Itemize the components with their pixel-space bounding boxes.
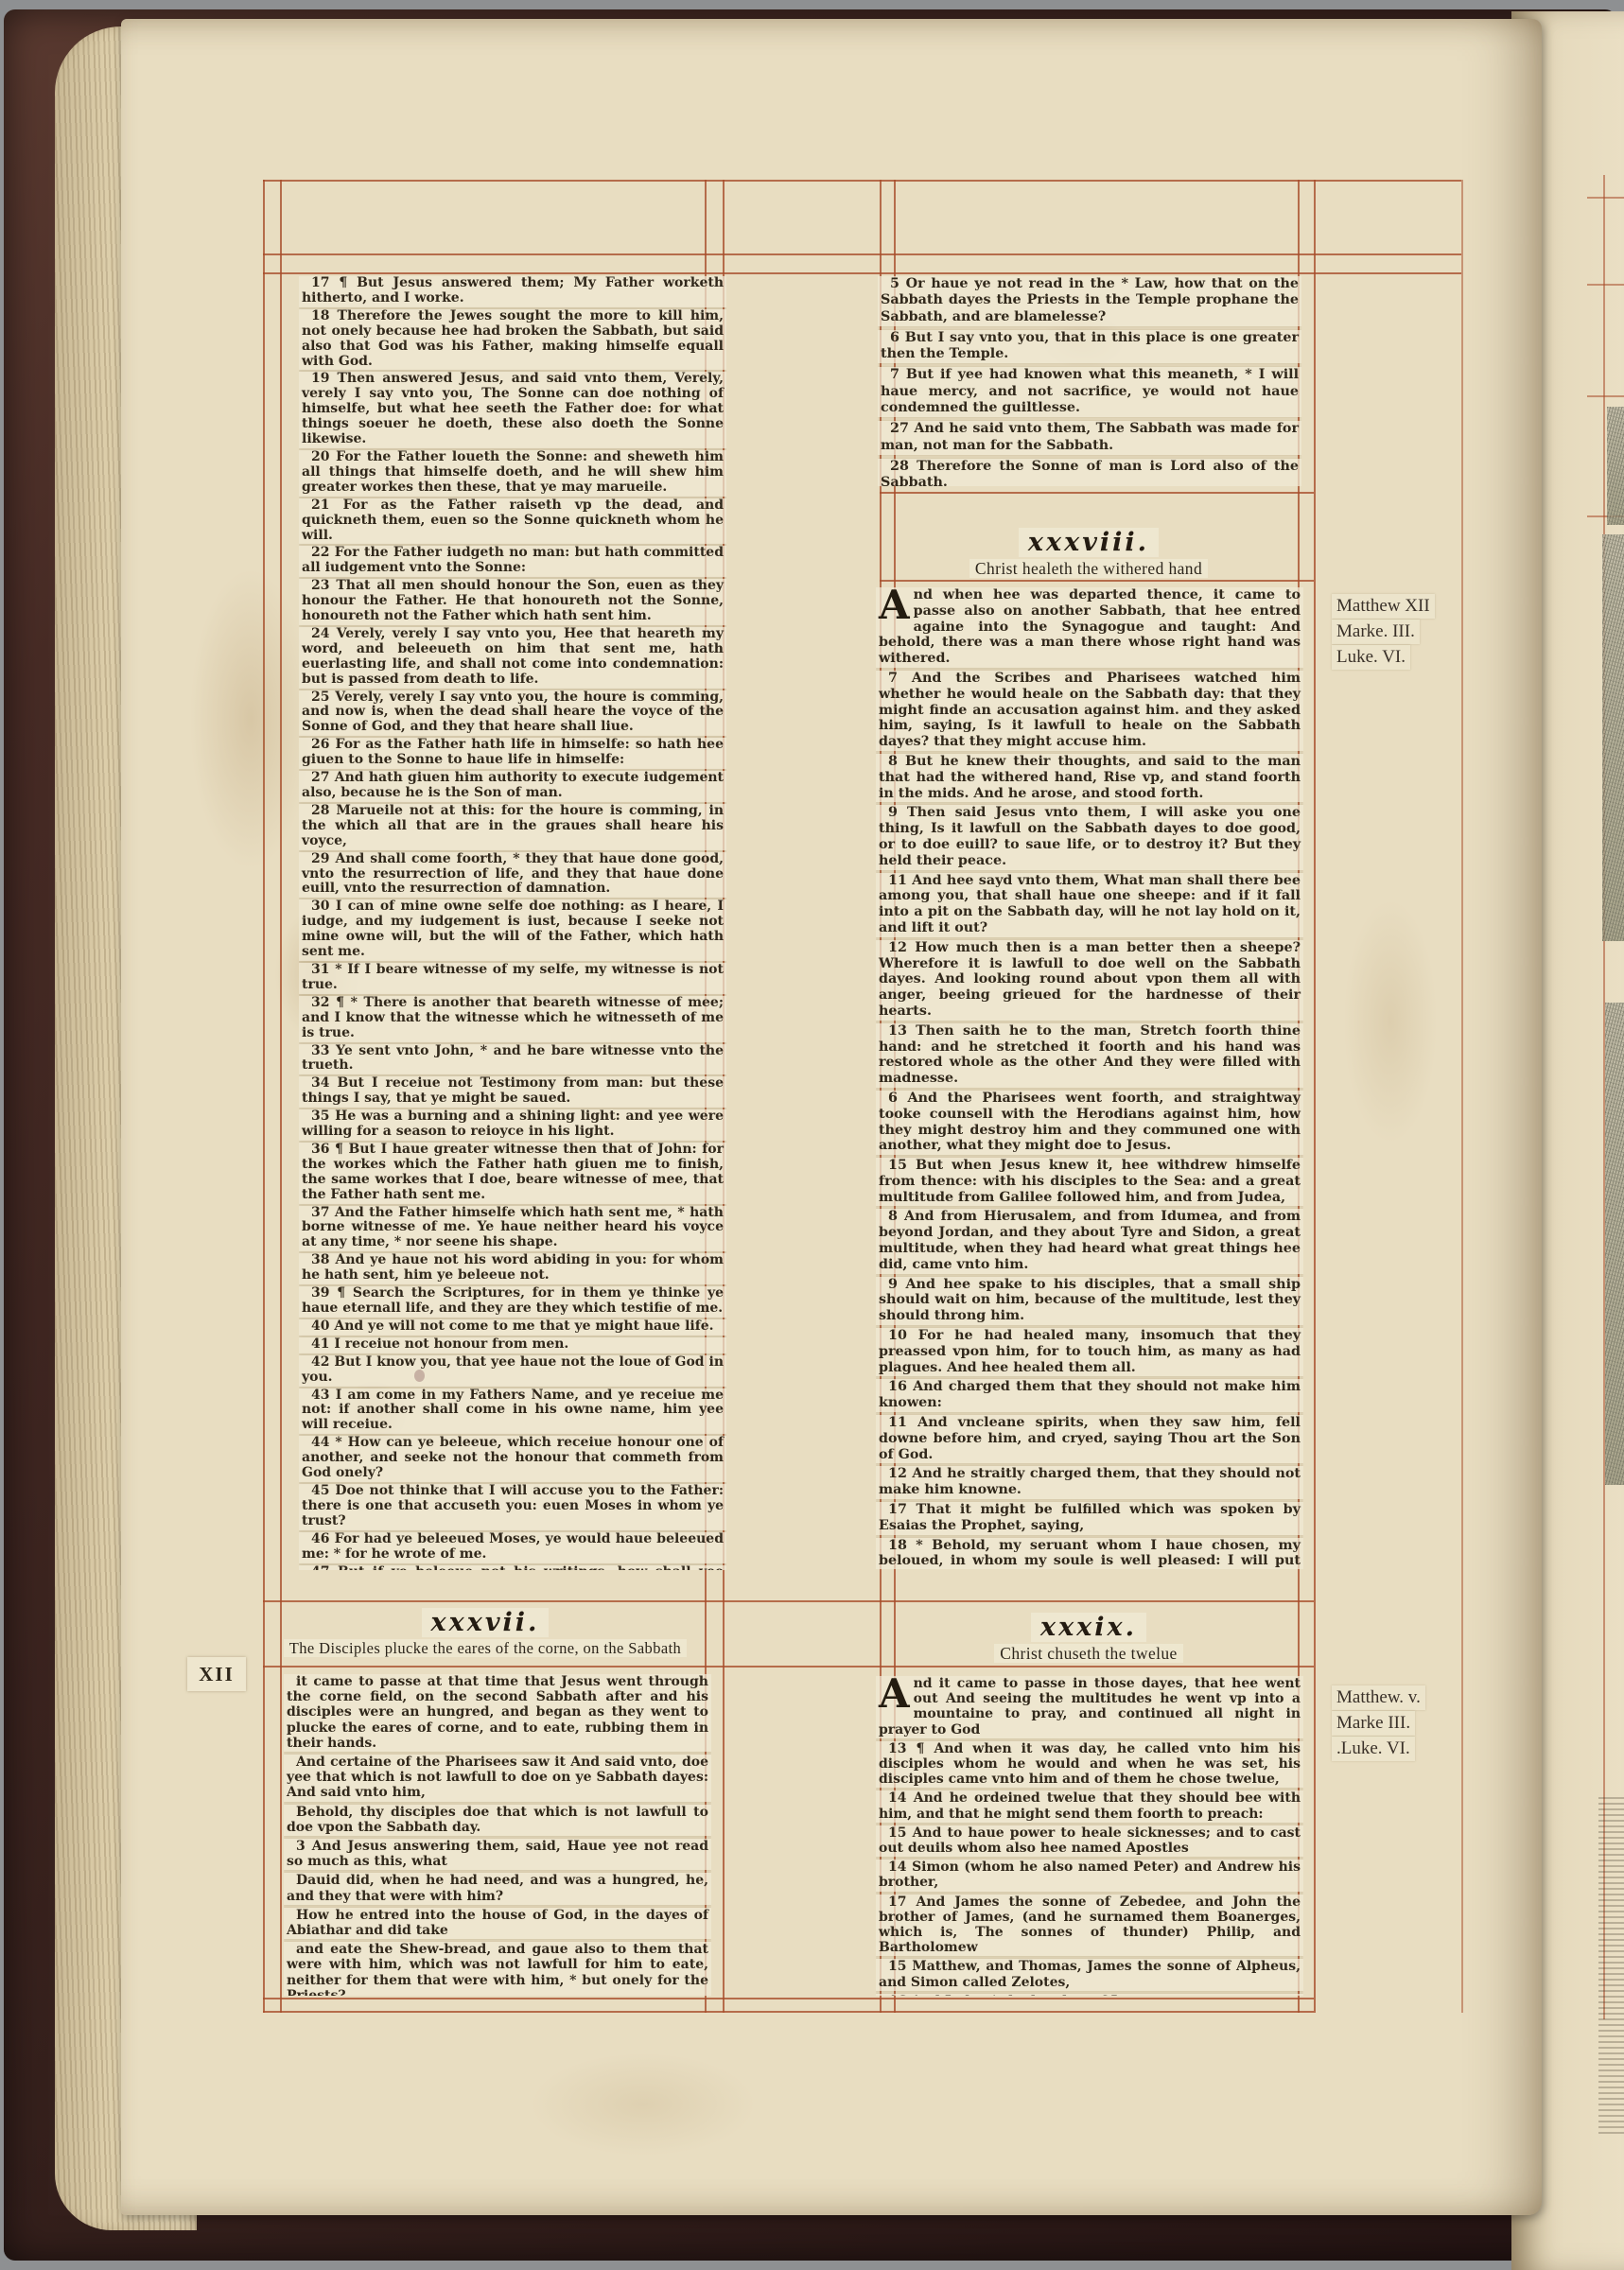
verse-line: 34 But I receiue not Testimony from man:… [299, 1076, 726, 1108]
ruled-line [263, 253, 1461, 255]
verse-line: 27 And he said vnto them, The Sabbath wa… [878, 421, 1301, 455]
verse-line: 16 And Judas * the brother of James [876, 1994, 1303, 1996]
verse-line: 9 Then said Jesus vnto them, I will aske… [876, 805, 1303, 869]
verse-line: 32 ¶ * There is another that beareth wit… [299, 996, 726, 1042]
verse-line: 11 And hee sayd vnto them, What man shal… [876, 873, 1303, 937]
section-39-body: And it came to passe in those dayes, tha… [876, 1676, 1303, 1996]
verse-line: 28 Marueile not at this: for the houre i… [299, 804, 726, 850]
verse-line: 42 But I know you, that yee haue not the… [299, 1355, 726, 1387]
verse-line: Behold, thy disciples doe that which is … [284, 1805, 711, 1836]
drop-cap: A [879, 1676, 914, 1710]
verse-line: 5 Or haue ye not read in the * Law, how … [878, 276, 1301, 326]
verse-line: 18 * Behold, my seruant whom I haue chos… [876, 1538, 1303, 1569]
margin-chapter-tab: XII [187, 1657, 246, 1691]
ruled-line [880, 580, 1314, 582]
ruled-line [1314, 180, 1316, 2013]
verse-line: 26 For as the Father hath life in himsel… [299, 738, 726, 769]
verse-line: 11 And vncleane spirits, when they saw h… [876, 1415, 1303, 1463]
verse-line: And it came to passe in those dayes, tha… [876, 1676, 1303, 1738]
verse-line: 46 For had ye beleeued Moses, ye would h… [299, 1532, 726, 1563]
verse-line: 47 But if ye beleeue not his writings, h… [299, 1565, 726, 1571]
verse-line: 38 And ye haue not his word abiding in y… [299, 1253, 726, 1284]
drop-cap: A [879, 587, 914, 621]
section-38-verses: 7 And the Scribes and Pharisees watched … [876, 671, 1303, 1569]
verse-line: 27 And hath giuen him authority to execu… [299, 771, 726, 802]
ruled-line [263, 180, 1461, 182]
verse-line: 19 Then answered Jesus, and said vnto th… [299, 372, 726, 448]
section-39-verses: 13 ¶ And when it was day, he called vnto… [876, 1741, 1303, 1996]
engraving-fragment [1607, 407, 1624, 525]
ruled-line [1587, 197, 1624, 199]
verse-line: 7 But if yee had knowen what this meanet… [878, 367, 1301, 417]
verse-line: 12 How much then is a man better then a … [876, 940, 1303, 1021]
verse-line: 6 But I say vnto you, that in this place… [878, 330, 1301, 364]
verse-line: 8 But he knew their thoughts, and said t… [876, 754, 1303, 802]
margin-reference-line: Marke. III. [1332, 620, 1420, 644]
verse-line: And when hee was departed thence, it cam… [876, 587, 1303, 668]
verse-line: it came to passe at that time that Jesus… [284, 1674, 711, 1752]
verse-line: 24 Verely, verely I say vnto you, Hee th… [299, 627, 726, 689]
margin-reference-upper: Matthew XIIMarke. III.Luke. VI. [1332, 594, 1459, 671]
section-title-38: Christ healeth the withered hand [880, 559, 1298, 579]
ruled-line [1587, 395, 1624, 397]
verse-line: 13 Then saith he to the man, Stretch foo… [876, 1023, 1303, 1088]
ruled-line [263, 272, 1461, 274]
ruled-line [263, 180, 265, 2013]
margin-reference-line: Matthew. v. [1332, 1685, 1425, 1710]
verse-line: 37 And the Father himselfe which hath se… [299, 1206, 726, 1252]
verse-line: 30 I can of mine owne selfe doe nothing:… [299, 899, 726, 961]
section-38-body: And when hee was departed thence, it cam… [876, 587, 1303, 1569]
verse-line: 7 And the Scribes and Pharisees watched … [876, 671, 1303, 751]
verse-line: 45 Doe not thinke that I will accuse you… [299, 1484, 726, 1530]
margin-reference-line: Matthew XII [1332, 594, 1435, 619]
verse-line: 6 And the Pharisees went foorth, and str… [876, 1091, 1303, 1155]
verse-line: 14 Simon (whom he also named Peter) and … [876, 1860, 1303, 1891]
verse-line: 21 For as the Father raiseth vp the dead… [299, 498, 726, 545]
section-title-37: The Disciples plucke the eares of the co… [267, 1639, 704, 1658]
verse-line: 18 Therefore the Jewes sought the more t… [299, 309, 726, 371]
verse-line: 31 * If I beare witnesse of my selfe, my… [299, 963, 726, 994]
margin-reference-line: Marke III. [1332, 1711, 1415, 1736]
verse-line: 10 For he had healed many, insomuch that… [876, 1328, 1303, 1376]
verse-line: 12 And he straitly charged them, that th… [876, 1466, 1303, 1499]
margin-reference-lower: Matthew. v.Marke III..Luke. VI. [1332, 1685, 1459, 1762]
verse-line: Dauid did, when he had need, and was a h… [284, 1873, 711, 1904]
verse-line: 33 Ye sent vnto John, * and he bare witn… [299, 1044, 726, 1075]
verse-line: 17 And James the sonne of Zebedee, and J… [876, 1895, 1303, 1957]
verse-line: 43 I am come in my Fathers Name, and ye … [299, 1388, 726, 1435]
verse-line: 22 For the Father iudgeth no man: but ha… [299, 546, 726, 577]
ruled-line [263, 1998, 1314, 1999]
left-text-column: 17 ¶ But Jesus answered them; My Father … [299, 276, 726, 1570]
ruled-line [1461, 180, 1463, 2013]
verse-line: 20 For the Father loueth the Sonne: and … [299, 450, 726, 497]
right-text-column-top: 5 Or haue ye not read in the * Law, how … [878, 276, 1301, 486]
ruled-line [263, 1666, 1314, 1668]
facing-page-text-fragment [1598, 1797, 1624, 2138]
section-title-39: Christ chuseth the twelue [880, 1644, 1298, 1664]
ruled-line [280, 180, 282, 2013]
verse-line: 13 ¶ And when it was day, he called vnto… [876, 1741, 1303, 1789]
verse-line: 15 Matthew, and Thomas, James the sonne … [876, 1959, 1303, 1990]
verse-line: 15 And to haue power to heale sicknesses… [876, 1825, 1303, 1857]
section-number-39: xxxix. [880, 1613, 1298, 1642]
photographed-book-page: 17 ¶ But Jesus answered them; My Father … [0, 0, 1624, 2270]
verse-line: 29 And shall come foorth, * they that ha… [299, 852, 726, 899]
section-37-body: it came to passe at that time that Jesus… [284, 1674, 711, 1996]
ruled-line [1587, 284, 1624, 286]
verse-line: and eate the Shew-bread, and gaue also t… [284, 1942, 711, 1996]
ruled-line [263, 2011, 1314, 2013]
verse-line: 44 * How can ye beleeue, which receiue h… [299, 1436, 726, 1482]
verse-line: 40 And ye will not come to me that ye mi… [299, 1319, 726, 1336]
margin-reference-line: .Luke. VI. [1332, 1737, 1415, 1761]
verse-line: 9 And hee spake to his disciples, that a… [876, 1277, 1303, 1325]
engraving-fragment [1605, 1003, 1624, 1485]
ruled-line [263, 1600, 1314, 1602]
verse-line: 25 Verely, verely I say vnto you, the ho… [299, 690, 726, 737]
verse-line: 36 ¶ But I haue greater witnesse then th… [299, 1143, 726, 1204]
section-number-37: xxxvii. [267, 1608, 704, 1637]
verse-line: 41 I receiue not honour from men. [299, 1337, 726, 1353]
verse-line: 8 And from Hierusalem, and from Idumea, … [876, 1209, 1303, 1273]
verse-line: And certaine of the Pharisees saw it And… [284, 1755, 711, 1802]
ruled-line [880, 492, 1314, 494]
verse-line: 15 But when Jesus knew it, hee withdrew … [876, 1158, 1303, 1206]
verse-line: 16 And charged them that they should not… [876, 1379, 1303, 1412]
verse-line: 35 He was a burning and a shining light:… [299, 1109, 726, 1141]
verse-line: How he entred into the house of God, in … [284, 1908, 711, 1939]
verse-line: 17 That it might be fulfilled which was … [876, 1502, 1303, 1535]
margin-reference-line: Luke. VI. [1332, 645, 1410, 670]
verse-line: 17 ¶ But Jesus answered them; My Father … [299, 276, 726, 307]
verse-line: 3 And Jesus answering them, said, Haue y… [284, 1839, 711, 1870]
verse-line: 23 That all men should honour the Son, e… [299, 579, 726, 625]
verse-line: 39 ¶ Search the Scriptures, for in them … [299, 1286, 726, 1318]
verse-line: 14 And he ordeined twelue that they shou… [876, 1790, 1303, 1822]
section-number-38: xxxviii. [880, 528, 1298, 557]
engraving-fragment [1602, 534, 1624, 941]
verse-line: 28 Therefore the Sonne of man is Lord al… [878, 459, 1301, 486]
